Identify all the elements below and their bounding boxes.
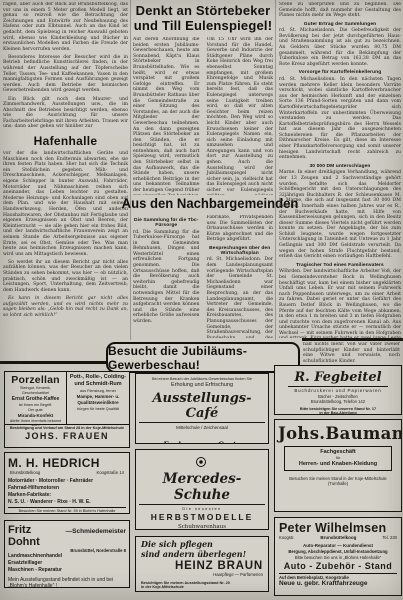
right-text-1: rd. St. Michaelisdonn. Die Gebefreudigke… [279, 28, 401, 67]
braun-line: Haarpflege — Parfümerien [141, 572, 263, 577]
frauen-footer-note: Besichtigung und Verkauf am Stand 28 in … [7, 426, 127, 431]
hafenhalle-heading: Hafenhalle [3, 134, 128, 148]
braun-footer-2: in der Koje-Mittelschule [141, 585, 263, 590]
hedrich-location: Brunsbüttelkoog [10, 470, 40, 475]
right-heading-4: Tragischer Tod eines Familienvaters [279, 263, 401, 268]
dohnt-title: Schmiedemeister [72, 528, 126, 535]
baumann-name: Johs.Baumann [278, 424, 398, 443]
left-paragraph-5: So werdet ihr an diesem Bericht gar nich… [3, 260, 128, 294]
cafe-owner-1: Ferd. Stahlbock Stadtcafé [147, 434, 199, 444]
ad-hedrich: M. H. HEDRICH Brunsbüttelkoog Koogstraße… [4, 452, 130, 514]
frauen-name: JOHS. FRAUEN [7, 431, 127, 441]
item-b-heading: Besprechungen über den Wirtschaftsplan [207, 246, 274, 256]
wilhelmsen-footer-2: Neue u. gebr. Kraftfahrzeuge [279, 580, 397, 587]
cafe-owner-1-name: Ferd. Stahlbock [154, 440, 193, 444]
dohnt-line-2: Ersatzteillager [8, 560, 126, 567]
rum-title: Pott-, Rolle-, Colding- und Schmidt-Rum [69, 374, 127, 388]
rum-line-2: bürgen für beste Qualität [69, 407, 127, 412]
ad-frauen-porzellan: Porzellan Steingut, Keramik, Geschenkart… [5, 372, 67, 424]
gewerbeschau-banner: Besucht die Jubiläums-Gewerbeschau! [106, 342, 300, 373]
mercedes-name: Mercedes-Schuhe [139, 471, 265, 505]
ad-frauen-footer: Besichtigung und Verkauf am Stand 28 in … [5, 424, 129, 442]
hedrich-line-2: Fahrrad-Hilfsmotoren [8, 485, 126, 492]
right-heading-1: Guter Ertrag der Sammlungen [279, 22, 401, 27]
section-headline: Aus den Nachbargemeinden [122, 196, 291, 211]
wilhelmsen-note: Bitte besuchen Sie uns in „Blohms Hafenh… [279, 555, 397, 560]
mercedes-emblem-icon [196, 457, 206, 467]
headline-line-2: und Till Eulenspiegel! [133, 18, 273, 33]
right-text-2: rd. St. Michaelisdonn. In den nächsten T… [279, 77, 401, 161]
left-paragraph-3: Ein Blick gilt noch dem Maurer- und Zimm… [3, 97, 128, 131]
center-lower-columns: Die Sammlung für die Tbc-Fürsorge rd. Di… [133, 215, 273, 338]
wilhelmsen-footer: Auf dem Betriebsplatz, Koogstraße Neue u… [279, 573, 397, 587]
dohnt-line-3: Maschinen - Reparatur [8, 567, 126, 574]
ad-dohnt: Fritz Dohnt — Schmiedemeister Brunsbütte… [4, 520, 130, 588]
ad-braun: Die sich pflegen sind andern überlegen! … [135, 536, 269, 592]
left-column: ragen, aber auch der Blick auf Brunsbütt… [3, 2, 128, 340]
hedrich-footer: Besuchen Sie meinen Stand Nr. 55 in Bloh… [8, 507, 126, 514]
hedrich-line-1: Motorräder · Motorroller · Fahrräder [8, 478, 126, 485]
fegbeitel-line-3: Brunsbüttelkoog, Telefon 142 [277, 399, 399, 404]
center-column-b-text: Um 15 Uhr wird ihn der Vorstand für die … [207, 37, 274, 195]
item-a-text: rd. Die Sammlung für die Tuberkulose-Für… [133, 230, 200, 325]
wilhelmsen-addr-left: Koogstr. [279, 535, 294, 540]
right-heading-2: Vorsorge für Kartoffeleinkellerung [279, 70, 401, 75]
left-paragraph-1: ragen, aber auch der Blick auf Brunsbütt… [3, 2, 128, 52]
cafe-owner-2-name: Gust. Stuckmann [206, 440, 251, 444]
hedrich-street: Koogstraße 14 [97, 470, 124, 475]
column-divider-1 [130, 0, 131, 340]
cafe-name: Ausstellungs-Café [139, 391, 265, 423]
right-heading-3: 30 000 DM unterschlagen [279, 164, 401, 169]
baumann-box-line-1: Fachgeschäft [286, 449, 389, 456]
dohnt-note-1: Mein Ausstellungsstand befindet sich in … [8, 577, 126, 584]
cafe-intro-2: Erholung und Erfrischung [139, 382, 265, 389]
left-paragraph-4: vor der die landwirtschaftlichen Geräte … [3, 151, 128, 257]
wilhelmsen-stand: Auto - Zubehör - Stand [279, 561, 397, 571]
ad-cafe: Bei einem Besuch der Jubiläums-Gewerbesc… [135, 373, 269, 444]
right-intro: Stelle zu überprüfen und zu beginnen. Di… [279, 2, 401, 19]
hedrich-line-3: Marken-Fabrikate: [8, 492, 126, 499]
baumann-box-line-3: Herren- und Knaben-Kleidung [286, 461, 389, 468]
dohnt-name: Fritz Dohnt [8, 524, 66, 548]
mercedes-herbstmodelle: HERBSTMODELLE [139, 512, 265, 522]
headline-line-1: Denkt an Störtebeker [133, 3, 273, 18]
dohnt-note-2: „Blohm's Hafenhalle“ ! [8, 583, 126, 588]
cafe-owners-row: Ferd. Stahlbock Stadtcafé Gust. Stuckman… [139, 434, 265, 444]
left-quote: Es kann in diesem Bericht gar nicht alle… [3, 296, 128, 318]
hedrich-name: M. H. HEDRICH [8, 456, 126, 470]
mercedes-schuhwarenhaus: Schuhwarenhaus [139, 524, 265, 530]
baumann-inner-box: Fachgeschäft für Herren- und Knaben-Klei… [284, 446, 391, 471]
porzellan-subtitle: Steingut, Keramik, Geschenkartikel [7, 386, 64, 395]
thick-rule-left [0, 361, 113, 364]
fegbeitel-name: R. Fegbeitel [288, 370, 387, 387]
item-b-pretext: Fabrikate, Privatspenden usw. Die Sammel… [207, 215, 274, 243]
porzellan-title: Porzellan [7, 374, 64, 386]
fegbeitel-line-1: Buchdruckerei und Papierwaren [277, 388, 399, 394]
hedrich-address-row: Brunsbüttelkoog Koogstraße 14 [8, 470, 126, 475]
cafe-venue: Mittelschule / Zeichensaal [139, 425, 265, 431]
ad-fegbeitel: R. Fegbeitel Buchdruckerei und Papierwar… [274, 365, 402, 415]
right-column: Stelle zu überprüfen und zu beginnen. Di… [279, 2, 401, 338]
dohnt-name-row: Fritz Dohnt — Schmiedemeister [8, 524, 126, 548]
braun-name: HEINZ BRAUN [141, 560, 263, 572]
thick-rule-right [302, 338, 403, 341]
rum-brand: Mampe, Hammer- u. Qualitätsweinliköre [69, 394, 127, 406]
right-text-3: Marne. In einer dreitägigen Verhandlung,… [279, 170, 401, 260]
wilhelmsen-address-row: Koogstr. Brunsbüttelkoog Tel. 230 [279, 535, 397, 541]
item-b-text: rd. St. Michaelisdonn. Der dem Landespla… [207, 257, 274, 338]
grothe-kaffee-brand: Ernst Grothe-Kaffee [7, 396, 64, 403]
wilhelmsen-name: Peter Wilhelmsen [279, 521, 397, 535]
main-headline: Denkt an Störtebeker und Till Eulenspieg… [133, 3, 273, 33]
center-upper-columns: Auf deren Anordnung die beiden ersten Ju… [133, 37, 273, 195]
ad-frauen-top: Porzellan Steingut, Keramik, Geschenkart… [5, 372, 129, 424]
right-column-tail: half nichts mehr. Voß war Vater zweier s… [303, 342, 400, 362]
right-tail-text: half nichts mehr. Voß war Vater zweier s… [303, 342, 400, 362]
hedrich-line-4: N. S. U. · Wanderer · Rixe · H. W. E. [8, 499, 126, 506]
banner-label: Besucht die Jubiläums-Gewerbeschau! [108, 344, 298, 372]
wilhelmsen-addr-right: Tel. 230 [382, 535, 397, 540]
ad-frauen-rum: Pott-, Rolle-, Colding- und Schmidt-Rum … [67, 372, 129, 424]
center-column-a-text: Auf deren Anordnung die beiden ersten Ju… [133, 37, 200, 195]
ad-wilhelmsen: Peter Wilhelmsen Koogstr. Brunsbüttelkoo… [274, 517, 402, 596]
cafe-owner-2: Gust. Stuckmann Café und Konditorei [199, 434, 257, 444]
ad-frauen: Porzellan Steingut, Keramik, Geschenkart… [4, 371, 130, 448]
braun-slogan-2: sind andern überlegen! [141, 550, 263, 560]
item-a-heading: Die Sammlung für die Tbc-Fürsorge [133, 218, 200, 228]
fegbeitel-footer-2: in der Bau-Abteilung [277, 411, 399, 415]
right-text-4: Wöhrden. Der landwirtschaftliche Arbeite… [279, 269, 401, 338]
dohnt-line-1: Landmaschinenhandel [8, 553, 126, 560]
newspaper-page: ragen, aber auch der Blick auf Brunsbütt… [0, 0, 403, 600]
left-paragraph-2: Besonderes Interesse der Besucher wird d… [3, 55, 128, 94]
wilhelmsen-line-2: Bergung, Abschleppdienst, Unfall-Instand… [279, 549, 397, 554]
column-divider-2 [275, 0, 276, 340]
ad-baumann: Johs.Baumann Fachgeschäft für Herren- un… [274, 419, 402, 512]
baumann-footer-2: (Turnhalle) [278, 481, 398, 486]
wilhelmsen-addr-mid: Brunsbüttelkoog [320, 535, 356, 541]
ad-mercedes: Mercedes-Schuhe Die neuesten HERBSTMODEL… [135, 449, 269, 530]
